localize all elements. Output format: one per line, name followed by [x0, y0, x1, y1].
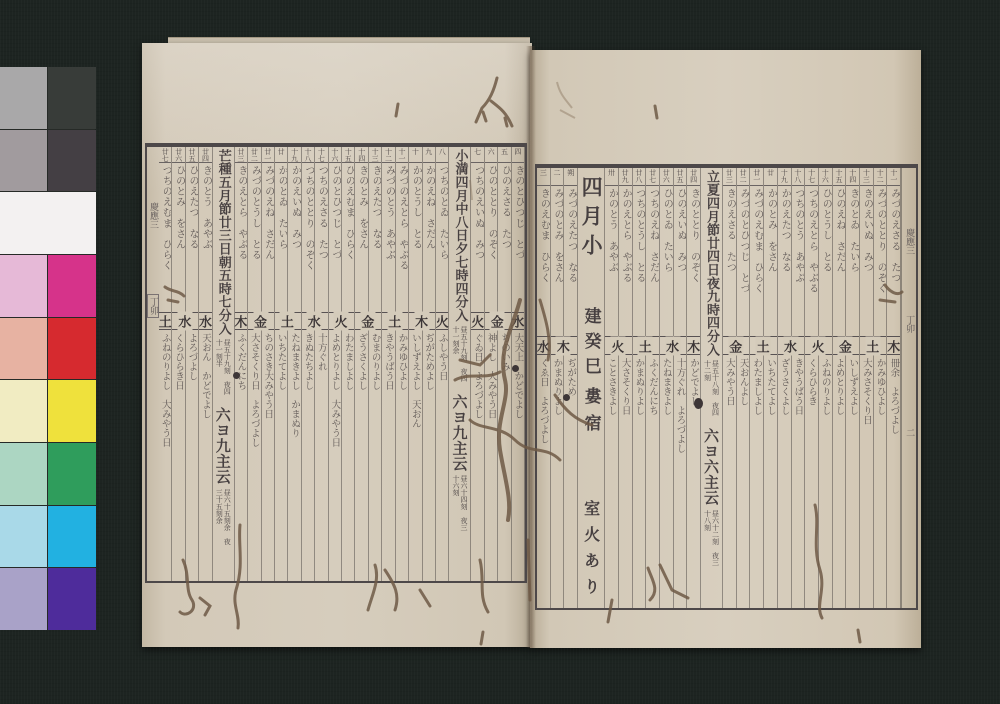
five-element-cell: 水	[537, 336, 550, 355]
five-element-char: 金	[838, 336, 853, 355]
day-notes-text: たねまきよし かまぬり	[289, 333, 300, 581]
day-cycle-cell: かのえいぬ みつ	[288, 163, 300, 312]
day-cycle-cell: ひのとみ をさん	[172, 163, 184, 312]
day-column: 廿三 きのえとら やぶる 木 ふくだんにち	[235, 147, 248, 581]
color-swatch	[48, 506, 96, 568]
day-notes-cell: きぬたちよし	[302, 330, 314, 581]
day-number-label: 九	[425, 147, 433, 162]
day-cycle-cell: ひのとゐ たいら	[660, 186, 673, 336]
day-number-cell: 廿五	[674, 168, 687, 186]
day-cycle-cell: きのえたつ なる	[369, 163, 381, 312]
day-cycle-cell: きのえとら やぶる	[235, 163, 247, 312]
five-element-char: 土	[387, 312, 402, 331]
day-cycle-text: みづのとみ をさん	[551, 188, 563, 336]
day-number-cell: 五	[498, 147, 510, 163]
day-cycle-text: ひのとみ をさん	[173, 165, 185, 312]
day-cycle-cell: かのとゐ たいら	[275, 163, 287, 312]
day-notes-cell: わたましよし	[342, 330, 354, 581]
day-notes-text: わたましよし	[343, 333, 354, 581]
day-number-label: 十四	[358, 147, 366, 162]
day-column: 七 つちのえいぬ みつ 火 ぐゐ日 よろづよし	[471, 147, 484, 581]
day-notes-cell: かまぬりよし	[633, 355, 646, 608]
solar-term-heading: 立夏四月節廿四日夜九時四分入	[703, 170, 720, 356]
five-element-cell: 金	[723, 336, 736, 355]
day-cycle-text: かのとみ をさん	[764, 188, 776, 336]
day-cycle-text: ひのとゐ たいら	[660, 188, 672, 336]
day-cycle-text: きのとひつじ とづ	[512, 165, 524, 312]
day-notes-text: ふくだんにち	[235, 333, 246, 581]
day-number-label: 十一	[398, 147, 406, 162]
day-cycle-text: つちのえとら やぶる	[806, 188, 818, 336]
day-column: 廿四 きのとう あやぶ 水 天おん かどでよし	[199, 147, 212, 581]
five-element-char: 水	[199, 312, 212, 331]
day-column: 十三 きのえたつ なる むまのりよし	[369, 147, 382, 581]
day-cycle-cell: ひのえいぬ みつ	[674, 186, 687, 336]
day-notes-text: かどでよし	[688, 358, 699, 608]
day-notes-text: よめとりよし 大みやう日	[329, 333, 340, 581]
day-cycle-cell: つちのえいぬ みつ	[471, 163, 483, 312]
day-number-cell: 十五	[342, 147, 354, 163]
day-column: 廿六 ひのとゐ たいら 水 たねまきよし	[660, 168, 674, 608]
five-element-cell: 金	[355, 312, 367, 330]
day-number-cell: 廿五	[186, 147, 198, 163]
day-notes-cell: ふねのりよし 大みやう日	[159, 330, 171, 581]
day-cycle-text: かのとゐ たいら	[275, 165, 287, 312]
day-cycle-text: かのえとら やぶる	[619, 188, 631, 336]
day-notes-text: くらひらき日	[173, 333, 184, 581]
day-number-cell: 廿三	[235, 147, 247, 163]
five-element-char: 土	[756, 336, 771, 355]
month-note-text: 室火あり	[580, 500, 603, 604]
day-cycle-cell: かのえたつ なる	[778, 186, 791, 336]
day-column: 十五 ひのえね さだん 金 よめとりよし	[833, 168, 847, 608]
day-cycle-text: みづのえね さだん	[262, 165, 274, 312]
day-number-label: 十八	[794, 168, 802, 185]
day-cycle-cell: ひのとひつじ とづ	[329, 163, 341, 312]
day-column: 廿九 かのえとら やぶる 大さそくり日	[619, 168, 633, 608]
day-number-label: 六	[487, 147, 495, 162]
margin-page-number: 二	[904, 428, 914, 437]
left-page-calendar-grid: 慶應三 丁卯 廿七 つちのえむま ひらく 土 ふねのりよし 大みやう日 廿六 ひ…	[145, 143, 527, 583]
day-cycle-text: みづのとう あやぶ	[383, 165, 395, 312]
day-cycle-text: つちのえね さだん	[647, 188, 659, 336]
day-number-label: 十三	[371, 147, 379, 162]
five-element-cell: 火	[329, 312, 341, 330]
day-cycle-text: つちのととり のぞく	[302, 165, 314, 312]
day-notes-text: 冊余 よろづよし	[888, 358, 899, 608]
five-element-char: 水	[783, 336, 798, 355]
five-element-char: 水	[177, 312, 192, 331]
color-swatch	[0, 67, 47, 129]
day-number-label: 十八	[304, 147, 312, 162]
five-element-cell: 水	[778, 336, 791, 355]
ink-dot	[512, 365, 519, 372]
five-element-cell: 水	[199, 312, 211, 330]
five-element-char: 水	[665, 336, 680, 355]
color-swatch	[48, 443, 96, 505]
day-cycle-cell: ひのえむま ひらく	[342, 163, 354, 312]
five-element-cell: 金	[833, 336, 846, 355]
day-notes-cell: ことさきよし	[605, 355, 618, 608]
day-cycle-text: つちのえむま ひらく	[159, 165, 171, 312]
day-number-cell: 廿二	[248, 147, 260, 163]
day-notes-text: かみゆひよし	[396, 333, 407, 581]
day-column: 廿三 きのえさる たつ 金 大みやう日	[723, 168, 737, 608]
day-notes-text: いちたてよし	[765, 358, 776, 608]
day-cycle-text: みづのえむま ひらく	[751, 188, 763, 336]
five-element-cell: 木	[887, 336, 900, 355]
five-element-cell: 木	[551, 336, 564, 355]
day-column: 十九 かのえいぬ みつ たねまきよし かまぬり	[288, 147, 301, 581]
five-element-char: 水	[511, 312, 524, 331]
day-notes-cell: かまぬりよし	[551, 355, 564, 608]
day-number-label: 十三	[862, 168, 870, 185]
five-element-char: 金	[728, 336, 743, 355]
day-notes-cell: 神よし 大みやう日	[485, 330, 497, 581]
five-element-char: 土	[865, 336, 880, 355]
day-notes-cell: 大みやう日	[723, 355, 736, 608]
color-swatch	[48, 67, 96, 129]
day-column: 廿七 つちのえね さだん ふくだんにち	[646, 168, 660, 608]
day-notes-cell: たねまきよし かまぬり	[288, 330, 300, 581]
day-number-cell: 廿九	[619, 168, 632, 186]
day-notes-cell: 天おんよし	[737, 355, 750, 608]
color-calibration-chart	[0, 67, 95, 630]
day-number-cell: 十九	[288, 147, 300, 163]
day-number-label: 廿四	[201, 147, 209, 162]
day-column: 廿二 みづのとひつじ とづ 天おんよし	[737, 168, 751, 608]
day-number-label: 廿九	[621, 168, 629, 185]
day-cycle-cell: きのとひつじ とづ	[512, 163, 524, 312]
day-notes-cell: ふねのりよし	[819, 355, 832, 608]
day-notes-text: たねまきよし	[661, 358, 672, 608]
ink-dot	[563, 394, 570, 401]
day-column: 十五 ひのえむま ひらく わたましよし	[342, 147, 355, 581]
day-notes-text: よめとりよし	[834, 358, 845, 608]
day-number-label: 廿八	[635, 168, 643, 185]
day-notes-text: ふねのりよし	[820, 358, 831, 608]
day-number-label: 十五	[835, 168, 843, 185]
day-notes-cell: むまのりよし	[369, 330, 381, 581]
month-pillar-text: 建癸巳	[579, 307, 604, 382]
day-column: 廿四 きのととり のぞく 木 かどでよし	[687, 168, 701, 608]
day-cycle-cell: ひのえさる たつ	[498, 163, 510, 312]
day-night-length-text: 昼六十五刻余 夜三十五刻余	[215, 489, 231, 551]
day-number-cell: 廿二	[737, 168, 750, 186]
margin-year-text: 丁卯	[147, 294, 159, 318]
day-column: 廿二 みづのとうし とる 金 大さそくり日 よろづよし	[248, 147, 261, 581]
day-number-label: 十二	[876, 168, 884, 185]
day-notes-text: 大さそくり日 よろづよし	[249, 333, 260, 581]
day-cycle-cell: つちのえね さだん	[646, 186, 659, 336]
day-number-cell: 十三	[369, 147, 381, 163]
day-number-label: 十九	[291, 147, 299, 162]
day-column: 十六 ひのとうし とる ふねのりよし	[819, 168, 833, 608]
day-cycle-cell: みづのえさる たつ	[887, 186, 900, 336]
day-notes-text: ふくだんにち	[647, 358, 658, 608]
day-cycle-cell: みづのととり のぞく	[874, 186, 887, 336]
day-cycle-cell: きのとゐ たいら	[846, 186, 859, 336]
day-column: 卅 かのとう あやぶ 火 ことさきよし	[605, 168, 619, 608]
day-cycle-text: きのえむま ひらく	[537, 188, 549, 336]
ink-dot	[233, 372, 240, 379]
day-notes-cell: ざうさくよし	[355, 330, 367, 581]
day-column: 五 ひのえさる たつ ちのいみ	[498, 147, 511, 581]
day-column: 廿五 ひのえたつ なる よろづよし	[186, 147, 199, 581]
day-notes-text: きやうばう日	[383, 333, 394, 581]
day-cycle-cell: きのえむま ひらく	[537, 186, 550, 336]
day-number-label: 廿六	[175, 147, 183, 162]
day-column: 十八 つちのとう あやぶ きやうばう日	[792, 168, 806, 608]
five-element-cell: 木	[235, 312, 247, 330]
day-cycle-cell: ひのととり のぞく	[485, 163, 497, 312]
day-number-cell: 八	[436, 147, 448, 163]
day-number-cell: 廿四	[687, 168, 700, 186]
day-number-cell: 十六	[819, 168, 832, 186]
day-number-label: 廿五	[676, 168, 684, 185]
five-element-char: 金	[490, 312, 505, 331]
day-cycle-text: みづのえさる たつ	[888, 188, 900, 336]
day-number-cell: 十	[409, 147, 421, 163]
day-notes-cell: ざうさくよし	[778, 355, 791, 608]
five-element-char: 火	[471, 312, 484, 331]
day-number-cell: 十八	[792, 168, 805, 186]
day-cycle-text: ひのとひつじ とづ	[329, 165, 341, 312]
day-cycle-text: かのとうし とる	[409, 165, 421, 312]
day-notes-cell: ちのさき大みやう日	[262, 330, 274, 581]
color-swatch	[0, 568, 47, 630]
color-swatch	[48, 255, 96, 317]
five-element-cell: 水	[172, 312, 184, 330]
five-element-cell: 土	[382, 312, 394, 330]
day-cycle-text: ひのえたつ なる	[186, 165, 198, 312]
page-margin-strip: 慶應三 丁卯	[147, 147, 159, 581]
day-notes-cell: 十方ぐれ	[315, 330, 327, 581]
day-notes-cell: きやうばう日	[382, 330, 394, 581]
day-notes-cell: くらひらき日	[172, 330, 184, 581]
day-column: 十四 きのとみ をさん 金 ざうさくよし	[355, 147, 368, 581]
day-column: 十一 みづのえとら やぶる かみゆひよし	[396, 147, 409, 581]
five-element-cell: 木	[409, 312, 421, 330]
day-number-cell: 十一	[396, 147, 408, 163]
day-number-label: 廿三	[725, 168, 733, 185]
day-column: 廿 かのとゐ たいら 土 いちたてよし	[275, 147, 288, 581]
day-number-label: 十七	[808, 168, 816, 185]
day-cycle-cell: きのとみ をさん	[355, 163, 367, 312]
day-notes-text: ぢがためよし	[423, 333, 434, 581]
day-number-cell: 十三	[860, 168, 873, 186]
five-element-char: 金	[360, 312, 375, 331]
day-cycle-cell: つちのとうし とる	[633, 186, 646, 336]
five-element-cell: 土	[633, 336, 646, 355]
solar-term-column-rikka: 立夏四月節廿四日夜九時四分入 昼五十八刻 夜四十二刻 六ヨ六主云 昼六十二刻 夜…	[701, 168, 723, 608]
color-swatch	[48, 380, 96, 442]
five-element-char: 木	[414, 312, 429, 331]
day-cycle-cell: かのとみ をさん	[764, 186, 777, 336]
day-cycle-text: みづのえたつ なる	[565, 188, 577, 336]
day-cycle-text: かのえね さだん	[423, 165, 435, 312]
five-element-cell: 土	[860, 336, 873, 355]
day-cycle-text: つちのとう あやぶ	[792, 188, 804, 336]
day-notes-cell: 大さそくり日 よろづよし	[248, 330, 260, 581]
day-night-length-text: 昼五十九刻 夜四十一刻半	[215, 339, 231, 401]
day-number-cell: 廿六	[172, 147, 184, 163]
day-column: 十六 ひのとひつじ とづ 火 よめとりよし 大みやう日	[329, 147, 342, 581]
day-notes-cell: ふくだんにち	[646, 355, 659, 608]
day-number-label: 十四	[849, 168, 857, 185]
day-notes-text: ちのさき大みやう日	[262, 333, 273, 581]
five-element-cell: 水	[660, 336, 673, 355]
day-cycle-cell: つちのとゐ たいら	[436, 163, 448, 312]
day-notes-text: むまのりよし	[370, 333, 381, 581]
day-cycle-cell: ひのとうし とる	[819, 186, 832, 336]
day-notes-cell: ぢがためよし	[423, 330, 435, 581]
day-column: 廿 かのとみ をさん いちたてよし	[764, 168, 778, 608]
day-notes-cell: たねまきよし	[660, 355, 673, 608]
day-number-label: 朔	[567, 168, 575, 185]
day-number-label: 廿	[277, 147, 285, 162]
day-notes-text: くゑ日 よろづよし	[538, 358, 549, 608]
day-column: 廿五 ひのえいぬ みつ 十方ぐれ よろづよし	[674, 168, 688, 608]
margin-era-text: 慶應三	[148, 202, 158, 229]
day-night-length-text: 昼六十二刻 夜三十八刻	[704, 510, 720, 572]
day-cycle-text: ひのえね さだん	[833, 188, 845, 336]
day-cycle-text: ひのとうし とる	[819, 188, 831, 336]
day-notes-text: 大みさそくり日	[861, 358, 872, 608]
day-cycle-text: つちのえいぬ みつ	[472, 165, 484, 312]
day-number-cell: 廿四	[199, 147, 211, 163]
day-notes-text: 神よし 大みやう日	[486, 333, 497, 581]
sunrise-text: 六ヨ六主云	[701, 428, 722, 506]
day-night-length-text: 昼六十四刻 夜三十六刻	[452, 475, 468, 537]
five-element-char: 土	[159, 312, 172, 331]
day-notes-text: いしずえよし 天おん	[410, 333, 421, 581]
day-notes-text: 天おんよし	[738, 358, 749, 608]
day-column: 九 かのえね さだん ぢがためよし	[423, 147, 436, 581]
day-number-label: 七	[474, 147, 482, 162]
day-notes-text: いちたてよし	[276, 333, 287, 581]
day-column: 八 つちのとゐ たいら 火 ふしやう日	[436, 147, 449, 581]
day-notes-text: ぐゐ日 よろづよし	[472, 333, 483, 581]
day-cycle-cell: みづのとう あやぶ	[382, 163, 394, 312]
five-element-cell: 火	[805, 336, 818, 355]
day-number-cell: 廿三	[723, 168, 736, 186]
day-notes-text: 大みやう日	[724, 358, 735, 608]
day-notes-text: よろづよし	[187, 333, 198, 581]
day-night-length-text: 昼五十九刻 夜四十一刻余	[452, 326, 468, 388]
day-column: 十二 みづのととり のぞく かみゆひよし	[874, 168, 888, 608]
day-column: 十 かのとうし とる 木 いしずえよし 天おん	[409, 147, 422, 581]
day-number-label: 廿一	[264, 147, 272, 162]
five-element-cell: 火	[471, 312, 483, 330]
day-number-label: 五	[500, 147, 508, 162]
day-notes-cell: ふくだんにち	[235, 330, 247, 581]
day-number-cell: 二	[551, 168, 564, 186]
day-column: 十七 つちのえさる たつ 十方ぐれ	[315, 147, 328, 581]
color-swatch	[48, 318, 96, 380]
day-notes-text: くらひらき	[806, 358, 817, 608]
five-element-char: 土	[280, 312, 295, 331]
day-notes-cell: かどでよし	[687, 355, 700, 608]
day-cycle-text: ひのととり のぞく	[485, 165, 497, 312]
day-notes-text: きぬたちよし	[303, 333, 314, 581]
day-number-cell: 十八	[302, 147, 314, 163]
five-element-cell: 金	[485, 312, 497, 330]
solar-term-heading: 小満四月中八日夕七時四分入	[451, 149, 468, 322]
five-element-cell: 木	[687, 336, 700, 355]
day-column: 十八 つちのととり のぞく 水 きぬたちよし	[302, 147, 315, 581]
five-element-char: 木	[887, 336, 900, 355]
day-number-cell: 十四	[846, 168, 859, 186]
five-element-char: 土	[638, 336, 653, 355]
day-number-label: 十	[411, 147, 419, 162]
five-element-cell: 水	[512, 312, 524, 330]
day-number-cell: 廿一	[750, 168, 763, 186]
day-column: 四 きのとひつじ とづ 水 大天上 かどでよし	[512, 147, 525, 581]
five-element-cell: 火	[436, 312, 448, 330]
five-element-char: 水	[537, 336, 550, 355]
day-number-label: 廿三	[237, 147, 245, 162]
day-notes-cell: かみゆひよし	[396, 330, 408, 581]
day-cycle-cell: つちのえさる たつ	[315, 163, 327, 312]
day-column: 廿八 つちのとうし とる 土 かまぬりよし	[633, 168, 647, 608]
day-notes-cell: ぢがため	[564, 355, 577, 608]
day-number-label: 廿一	[753, 168, 761, 185]
day-notes-cell: 十方ぐれ よろづよし	[674, 355, 687, 608]
day-number-label: 廿七	[161, 147, 169, 162]
day-notes-cell: いちたてよし	[275, 330, 287, 581]
five-element-char: 火	[610, 336, 625, 355]
day-number-cell: 十一	[887, 168, 900, 186]
color-swatch	[48, 568, 96, 630]
day-cycle-text: きのえたつ なる	[369, 165, 381, 312]
day-column: 十七 つちのえとら やぶる 火 くらひらき	[805, 168, 819, 608]
day-notes-text: 大さそくり日	[620, 358, 631, 608]
color-swatch	[0, 192, 96, 254]
day-cycle-text: つちのとうし とる	[633, 188, 645, 336]
day-cycle-text: みづのとひつじ とづ	[737, 188, 749, 336]
day-column: 廿一 みづのえね さだん ちのさき大みやう日	[262, 147, 275, 581]
day-cycle-text: きのとゐ たいら	[847, 188, 859, 336]
day-number-label: 十九	[780, 168, 788, 185]
day-number-label: 廿二	[739, 168, 747, 185]
day-column: 十一 みづのえさる たつ 木 冊余 よろづよし	[887, 168, 901, 608]
color-swatch	[48, 130, 96, 192]
day-cycle-cell: かのえね さだん	[423, 163, 435, 312]
day-cycle-text: ひのえむま ひらく	[342, 165, 354, 312]
day-number-label: 十五	[344, 147, 352, 162]
day-number-label: 三	[539, 168, 547, 185]
day-night-length-text: 昼五十八刻 夜四十二刻	[704, 360, 720, 422]
day-cycle-cell: つちのととり のぞく	[302, 163, 314, 312]
day-notes-text: いしずえよし	[847, 358, 858, 608]
day-number-cell: 七	[471, 147, 483, 163]
day-number-label: 廿二	[250, 147, 258, 162]
day-column: 十九 かのえたつ なる 水 ざうさくよし	[778, 168, 792, 608]
day-number-label: 十七	[317, 147, 325, 162]
day-number-label: 廿四	[690, 168, 698, 185]
right-page-calendar-grid: 三 きのえむま ひらく 水 くゑ日 よろづよし 二 みづのとみ をさん 木 かま…	[535, 164, 918, 610]
five-element-cell: 土	[275, 312, 287, 330]
day-notes-text: わたましよし	[751, 358, 762, 608]
day-notes-text: ざうさくよし	[356, 333, 367, 581]
day-column: 廿七 つちのえむま ひらく 土 ふねのりよし 大みやう日	[159, 147, 172, 581]
day-notes-text: 十方ぐれ よろづよし	[674, 358, 685, 608]
margin-year-text: 丁卯	[904, 315, 914, 333]
day-notes-cell: ぐゐ日 よろづよし	[471, 330, 483, 581]
day-cycle-cell: ひのえたつ なる	[186, 163, 198, 312]
five-element-char: 火	[810, 336, 825, 355]
